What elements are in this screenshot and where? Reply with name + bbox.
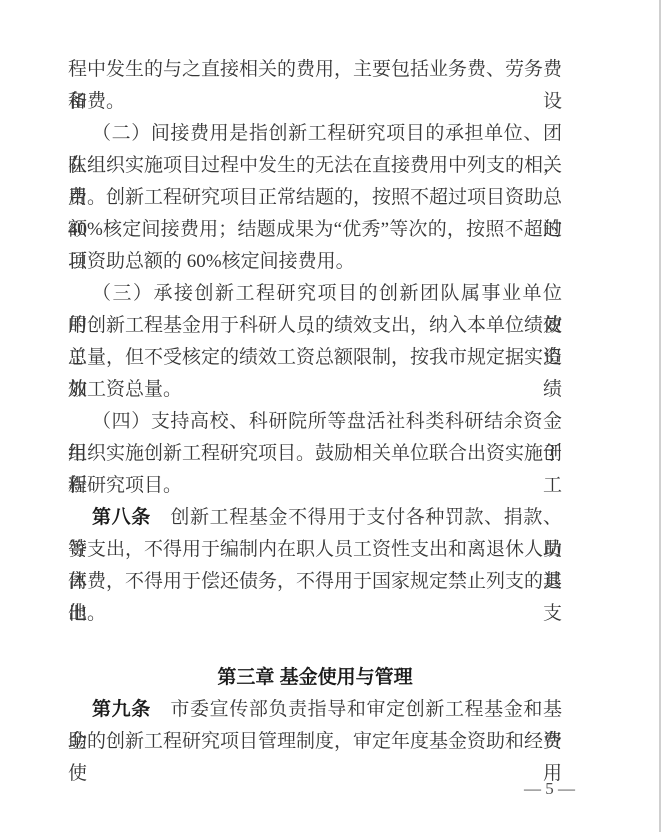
blank-line [68,630,562,662]
body-line: 等支出，不得用于编制内在职人员工资性支出和离退休人员离退 [68,534,562,566]
body-line: 组织实施创新工程研究项目。鼓励相关单位联合出资实施创新工 [68,438,562,470]
body-line-item2-start: （二）间接费用是指创新工程研究项目的承担单位、团队， [68,118,562,150]
body-line: 总量，但不受核定的绩效工资总额限制，按我市规定据实追加绩 [68,342,562,374]
body-line: 目资助总额的 60%核定间接费用。 [68,246,562,278]
body-line: 用创新工程基金用于科研人员的绩效支出，纳入本单位绩效工资 [68,310,562,342]
body-line: 用。创新工程研究项目正常结题的，按照不超过项目资助总额的 [68,182,562,214]
body-line: 在组织实施项目过程中发生的无法在直接费用中列支的相关费 [68,150,562,182]
article-9-term: 第九条 [92,699,151,720]
chapter-heading: 第三章 基金使用与管理 [68,662,562,694]
body-line: 助的创新工程研究项目管理制度，审定年度基金资助和经费使用 [68,726,562,758]
scan-edge-line [659,0,661,832]
article-8-term: 第八条 [92,507,151,528]
body-line: 程中发生的与之直接相关的费用，主要包括业务费、劳务费和设 [68,54,562,86]
page-number: — 5 — [524,779,575,799]
body-line: 40%核定间接费用；结题成果为“优秀”等次的，按照不超过项 [68,214,562,246]
body-line-item3-start: （三）承接创新工程研究项目的创新团队属事业单位的，使 [68,278,562,310]
body-line-item4-start: （四）支持高校、科研院所等盘活社科类科研结余资金用于 [68,406,562,438]
body-line-article8-start: 第八条 创新工程基金不得用于支付各种罚款、捐款、赞助 [68,502,562,534]
document-body: 程中发生的与之直接相关的费用，主要包括业务费、劳务费和设 备费。 （二）间接费用… [68,54,562,758]
body-line: 休费，不得用于偿还债务，不得用于国家规定禁止列支的其他支 [68,566,562,598]
document-page: 程中发生的与之直接相关的费用，主要包括业务费、劳务费和设 备费。 （二）间接费用… [0,0,664,832]
body-line-article9-start: 第九条 市委宣传部负责指导和审定创新工程基金和基金资 [68,694,562,726]
